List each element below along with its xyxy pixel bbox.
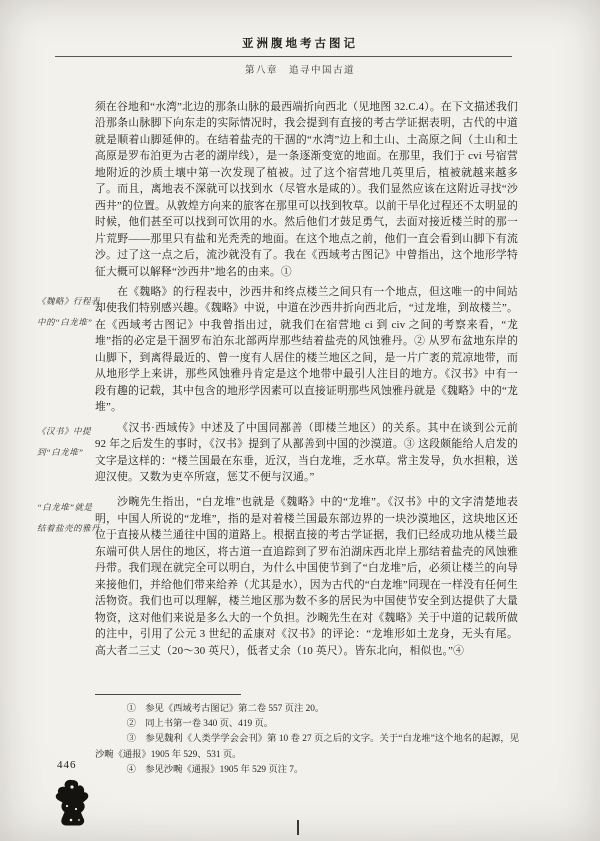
paragraph: 须在谷地和“水湾”北边的那条山脉的最西端折向西北（见地图 32.C.4）。在下文… <box>95 99 518 280</box>
paragraph: 在《魏略》的行程表中，沙西井和终点楼兰之间只有一个地点，但这唯一的中间站却使我们… <box>95 284 518 416</box>
book-title: 亚洲腹地考古图记 <box>0 35 600 51</box>
margin-note: 《魏略》行程表中的“白龙堆” <box>37 291 101 333</box>
scan-artifact-mark <box>297 820 299 835</box>
book-page: 亚洲腹地考古图记 第八章 追寻中国古道 《魏略》行程表中的“白龙堆” 《汉书》中… <box>0 0 600 841</box>
footnotes: ① 参见《西域考古图记》第二卷 557 页注 20。 ② 同上书第一卷 340 … <box>95 702 519 778</box>
footnote-separator <box>95 694 241 695</box>
footnote: ① 参见《西域考古图记》第二卷 557 页注 20。 <box>95 702 519 717</box>
paragraph: 《汉书·西域传》中述及了中国同鄯善（即楼兰地区）的关系。其中在谈到公元前 92 … <box>95 420 518 486</box>
body-text: 须在谷地和“水湾”北边的那条山脉的最西端折向西北（见地图 32.C.4）。在下文… <box>95 99 518 659</box>
collector-stamp-icon <box>52 778 92 828</box>
header-divider <box>55 56 512 57</box>
paragraph: 沙畹先生指出，“白龙堆”也就是《魏略》中的“龙堆”。《汉书》中的文字清楚地表明，… <box>95 494 518 659</box>
page-number: 446 <box>57 759 77 771</box>
margin-note: “白龙堆”就是结着盐壳的雅丹 <box>37 497 101 539</box>
margin-note: 《汉书》中提到“白龙堆” <box>37 421 101 463</box>
footnote: ④ 参见沙畹《通报》1905 年 529 页注 7。 <box>95 763 519 778</box>
footnote: ③ 参见魏利《人类学学会会刊》第 10 卷 27 页之后的文字。关于“白龙堆”这… <box>95 732 519 762</box>
chapter-heading: 第八章 追寻中国古道 <box>0 62 600 76</box>
footnote: ② 同上书第一卷 340 页、419 页。 <box>95 717 519 732</box>
